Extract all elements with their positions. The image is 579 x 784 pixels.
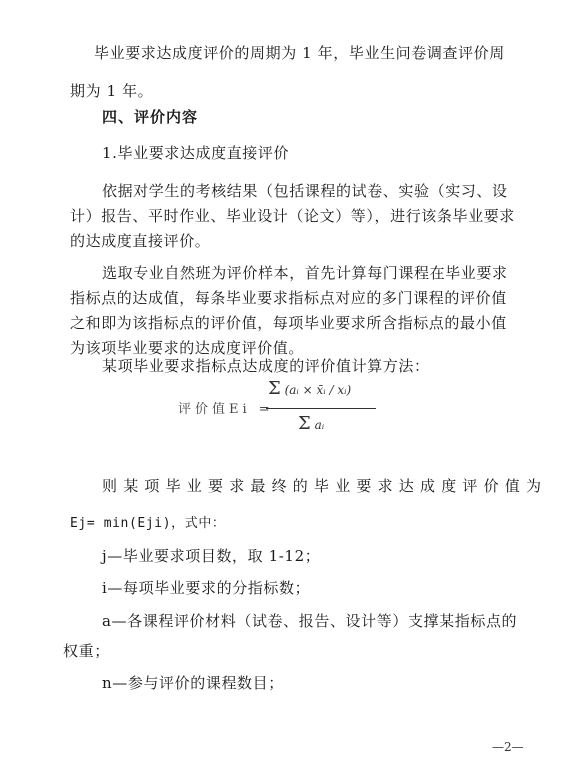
- para-line-4: 依据对学生的考核结果（包括课程的试卷、实验（实习、设: [102, 180, 508, 201]
- para-line-7: 选取专业自然班为评价样本，首先计算每门课程在毕业要求: [102, 262, 508, 283]
- subsection-heading: 1.毕业要求达成度直接评价: [102, 142, 289, 163]
- para-line-8: 指标点的达成值，每条毕业要求指标点对应的多门课程的评价值: [70, 287, 507, 308]
- def-a-cont: 权重；: [63, 640, 110, 661]
- section-heading: 四、评价内容: [102, 106, 198, 127]
- formula-numerator: Σ (aᵢ × x̄ᵢ / xᵢ): [268, 378, 351, 399]
- page-number: —2—: [492, 740, 524, 754]
- def-a: a—各课程评价材料（试卷、报告、设计等）支撑某指标点的: [102, 610, 517, 631]
- para-line-1: 期为 1 年。: [70, 80, 153, 101]
- fraction-bar: [266, 408, 376, 409]
- def-n: n—参与评价的课程数目；: [102, 672, 284, 693]
- para-line-12: 则某项毕业要求最终的毕业要求达成度评价值为: [102, 475, 547, 496]
- para-line-13: Ej= min(Eji)，式中：: [70, 512, 226, 531]
- evaluation-formula: 评价值Ei = Σ (aᵢ × x̄ᵢ / xᵢ) Σ aᵢ: [178, 378, 378, 448]
- def-j: j—毕业要求项目数，取 1-12；: [102, 545, 320, 566]
- para-line-0: 毕业要求达成度评价的周期为 1 年，毕业生问卷调查评价周: [94, 42, 505, 63]
- formula-denominator: Σ aᵢ: [298, 413, 324, 434]
- formula-label: 评价值Ei =: [178, 398, 274, 417]
- para-line-6: 的达成度直接评价。: [70, 230, 210, 251]
- def-i: i—每项毕业要求的分指标数；: [102, 577, 310, 598]
- para-line-11: 某项毕业要求指标点达成度的评价值计算方法：: [102, 355, 430, 376]
- para-line-5: 计）报告、平时作业、毕业设计（论文）等），进行该条毕业要求: [70, 205, 515, 226]
- para-line-9: 之和即为该指标点的评价值，每项毕业要求所含指标点的最小值: [70, 312, 507, 333]
